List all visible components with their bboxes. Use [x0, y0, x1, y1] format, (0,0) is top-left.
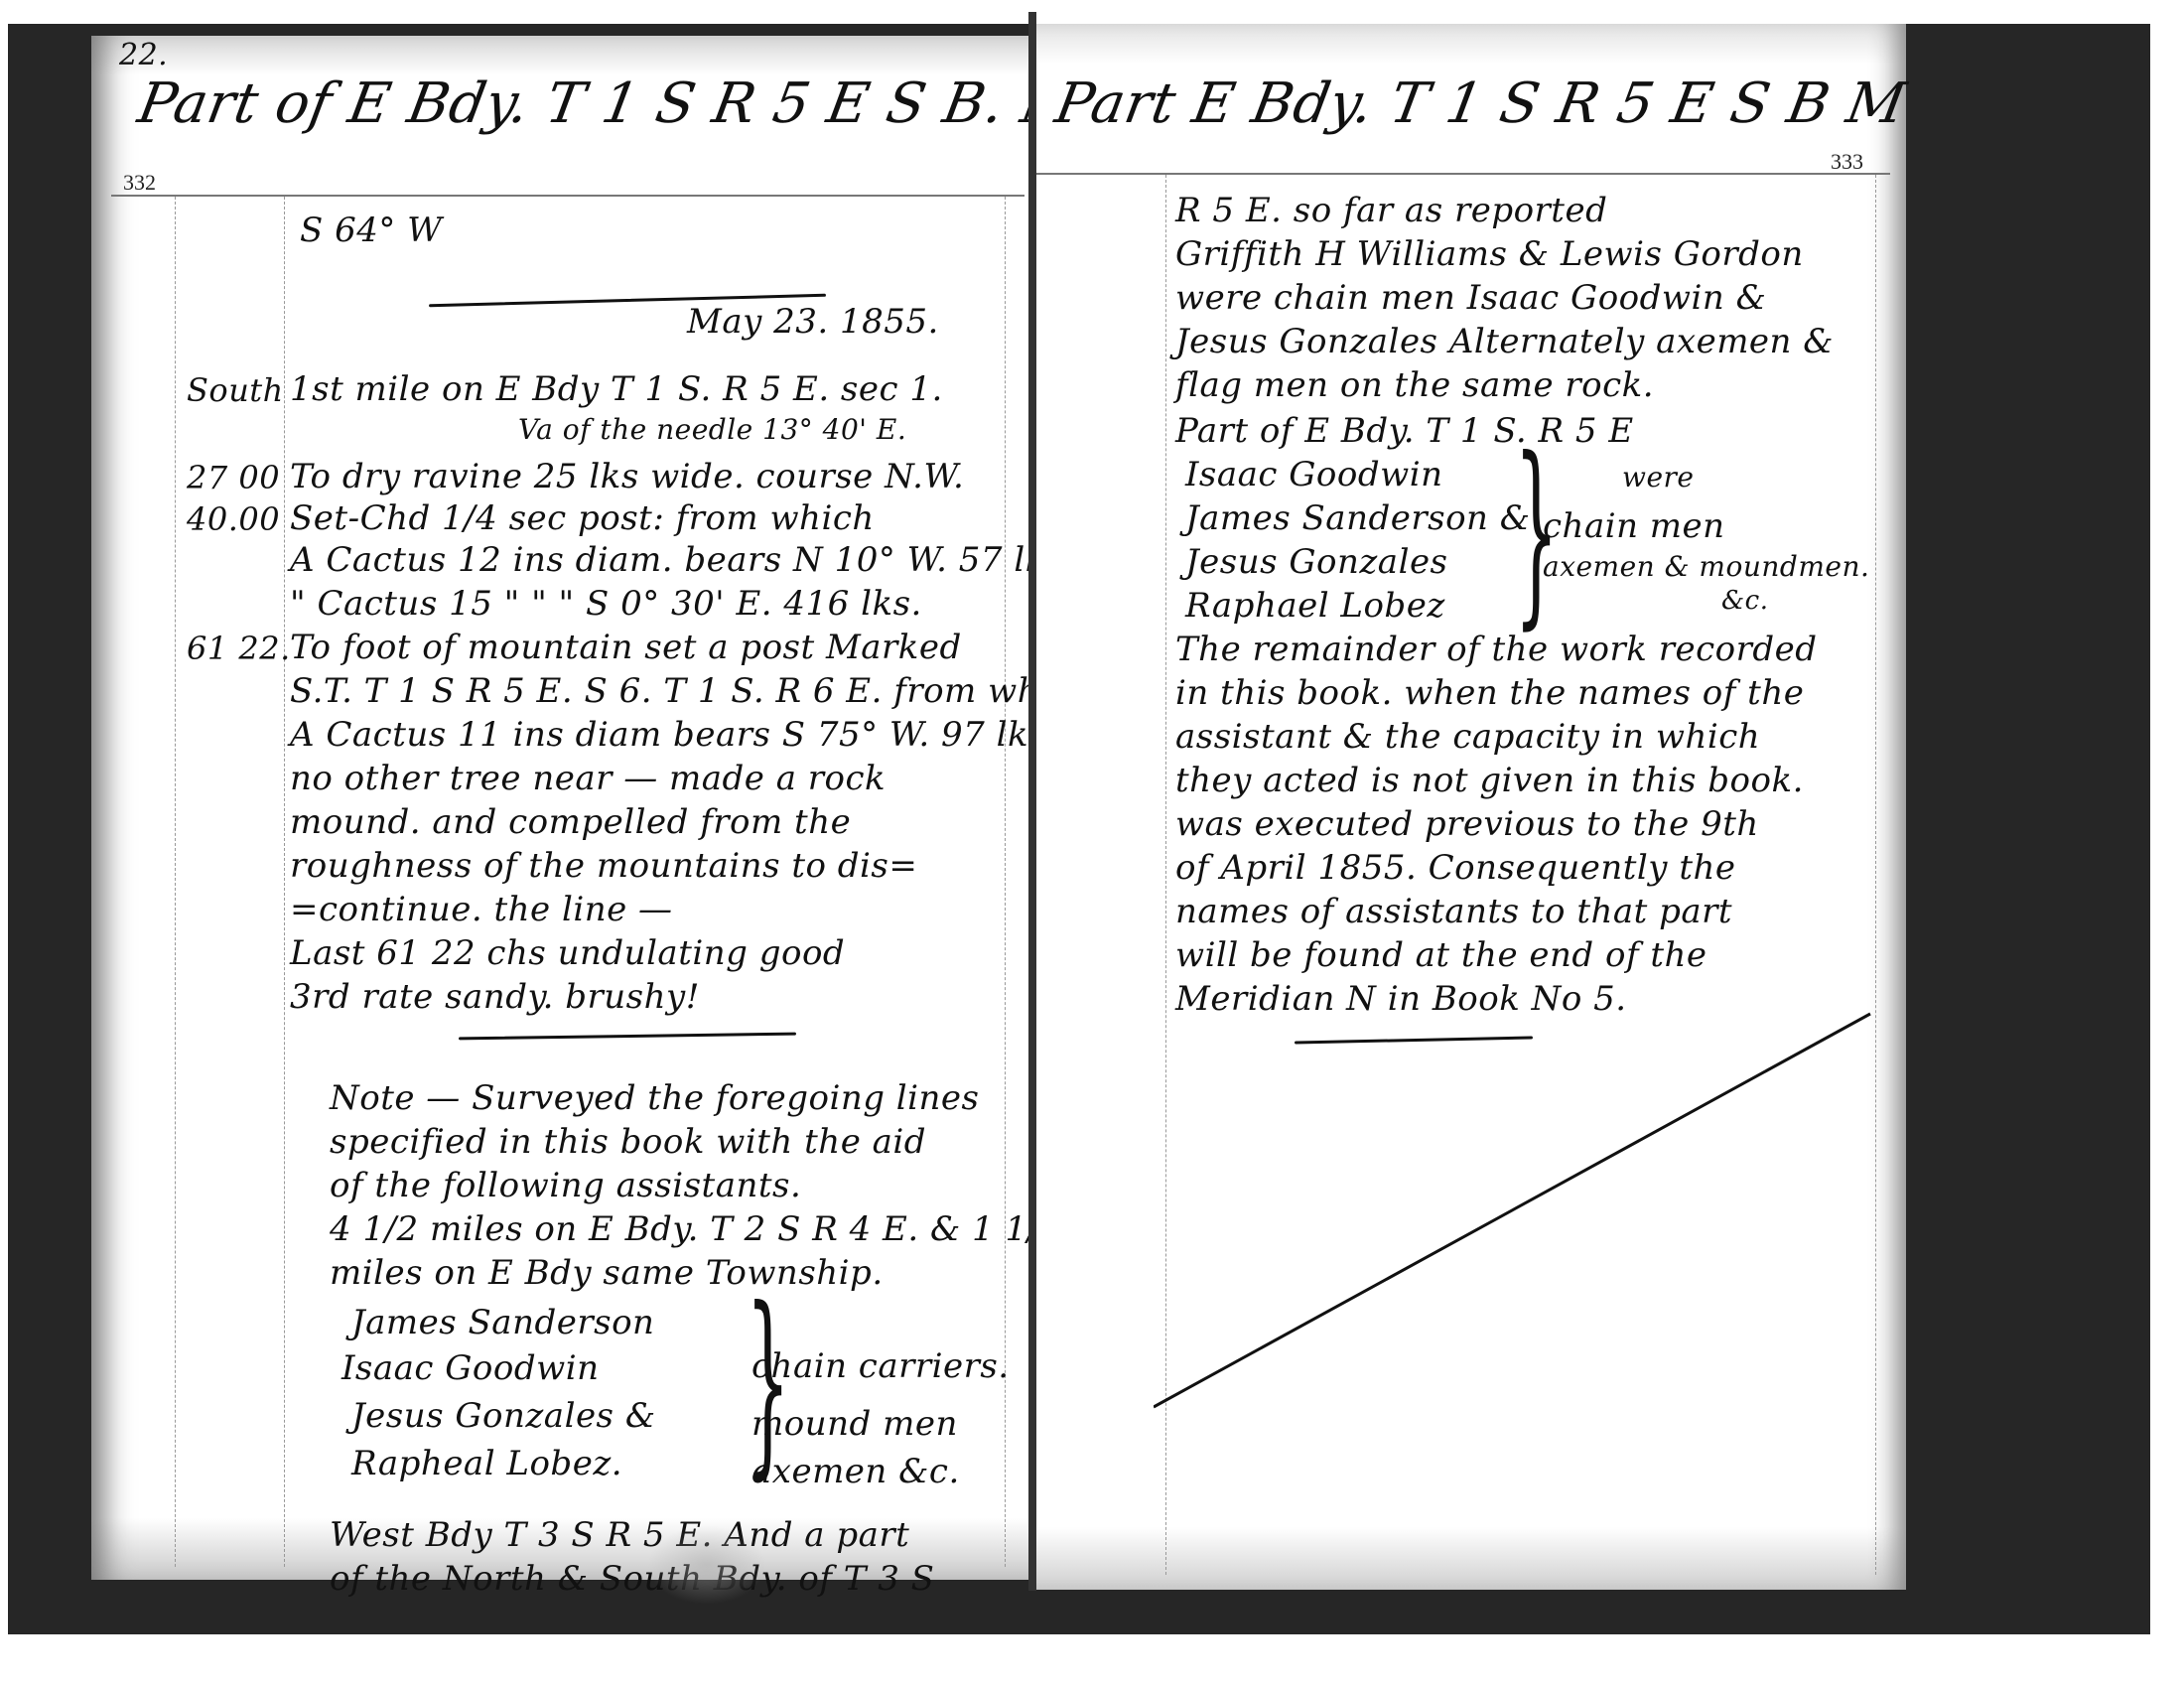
entry-margin: 61 22.	[187, 630, 291, 667]
book-spine	[1028, 12, 1036, 1591]
text-line: of April 1855. Consequently the	[1175, 848, 1736, 888]
entry-text: mound. and compelled from the	[290, 802, 851, 842]
assistant-name: Isaac Goodwin	[341, 1348, 600, 1388]
footer-line: West Bdy T 3 S R 5 E. And a part	[330, 1515, 909, 1555]
entry-text: =continue. the line —	[290, 890, 673, 929]
entry-margin: 40.00	[187, 500, 280, 538]
text-line: R 5 E. so far as reported	[1175, 191, 1607, 230]
section-heading: Part of E Bdy. T 1 S. R 5 E	[1175, 411, 1634, 451]
entry-text: S.T. T 1 S R 5 E. S 6. T 1 S. R 6 E. fro…	[290, 671, 1092, 711]
text-line: The remainder of the work recorded	[1175, 630, 1817, 669]
entry-text: Set-Chd 1/4 sec post: from which	[290, 498, 875, 538]
entry-text: Last 61 22 chs undulating good	[290, 933, 845, 973]
left-page-header: Part of E Bdy. T 1 S R 5 E S B. M.	[133, 71, 1103, 136]
assistant-name: Rapheal Lobez.	[351, 1444, 622, 1483]
footer-line: of the North & South Bdy. of T 3 S	[330, 1559, 934, 1599]
text-line: in this book. when the names of the	[1175, 673, 1804, 713]
assistant-role: chain men	[1543, 506, 1725, 546]
entry-text: A Cactus 12 ins diam. bears N 10° W. 57 …	[290, 540, 1064, 580]
assistant-name: Jesus Gonzales	[1185, 542, 1448, 582]
text-line: were chain men Isaac Goodwin &	[1175, 278, 1766, 318]
header-rule	[1036, 173, 1890, 175]
entry-text: roughness of the mountains to dis=	[290, 846, 917, 886]
header-rule	[111, 195, 1024, 197]
entry-text: no other tree near — made a rock	[290, 759, 886, 798]
page-cancel-diagonal-line	[1154, 1008, 1928, 1415]
entry-text: " Cactus 15 " " " S 0° 30' E. 416 lks.	[290, 584, 922, 624]
entry-date: May 23. 1855.	[687, 302, 939, 342]
text-line: assistant & the capacity in which	[1175, 717, 1760, 757]
note-line: Note — Surveyed the foregoing lines	[330, 1078, 980, 1118]
entry-text: 3rd rate sandy. brushy!	[290, 977, 700, 1017]
entry-text: A Cactus 11 ins diam bears S 75° W. 97 l…	[290, 715, 1046, 755]
entry-text: To foot of mountain set a post Marked	[290, 628, 962, 667]
text-line: was executed previous to the 9th	[1175, 804, 1759, 844]
note-line: specified in this book with the aid	[330, 1122, 926, 1162]
assistant-name: James Sanderson	[351, 1303, 654, 1342]
text-line: they acted is not given in this book.	[1175, 761, 1804, 800]
assistant-name: Raphael Lobez	[1185, 586, 1445, 626]
left-page-number: 332	[123, 170, 156, 196]
assistant-role: were	[1622, 461, 1695, 493]
entry-text: Va of the needle 13° 40' E.	[518, 413, 906, 446]
text-line: flag men on the same rock.	[1175, 365, 1654, 405]
separator-line	[459, 1033, 796, 1041]
margin-rule-outer	[175, 197, 176, 1567]
text-line: Jesus Gonzales Alternately axemen &	[1175, 322, 1834, 361]
margin-rule-inner	[284, 197, 285, 1567]
assistant-name: James Sanderson &	[1185, 498, 1531, 538]
assistant-role: axemen & moundmen.	[1543, 550, 1869, 583]
text-line: Griffith H Williams & Lewis Gordon	[1175, 234, 1804, 274]
bearing: S 64° W	[300, 211, 443, 250]
corner-mark: 22.	[119, 38, 168, 72]
assistant-role: axemen &c.	[751, 1452, 960, 1491]
left-page: 22. Part of E Bdy. T 1 S R 5 E S B. M. 3…	[91, 36, 1032, 1580]
entry-text: To dry ravine 25 lks wide. course N.W.	[290, 457, 964, 496]
text-line: names of assistants to that part	[1175, 892, 1732, 931]
assistant-role: mound men	[751, 1404, 958, 1444]
assistant-role: chain carriers.	[751, 1346, 1010, 1386]
assistant-name: Jesus Gonzales &	[351, 1396, 656, 1436]
right-page-number: 333	[1831, 149, 1863, 175]
entry-margin: 27 00	[187, 459, 280, 496]
right-page-header: Part E Bdy. T 1 S R 5 E S B M	[1050, 71, 1910, 136]
entry-text: 1st mile on E Bdy T 1 S. R 5 E. sec 1.	[290, 369, 943, 409]
note-line: 4 1/2 miles on E Bdy. T 2 S R 4 E. & 1 1…	[330, 1209, 1061, 1249]
note-line: miles on E Bdy same Township.	[330, 1253, 884, 1293]
assistant-name: Isaac Goodwin	[1185, 455, 1443, 494]
note-line: of the following assistants.	[330, 1166, 801, 1205]
assistant-role: &c.	[1721, 586, 1768, 616]
entry-margin: South	[187, 371, 284, 409]
text-line: will be found at the end of the	[1175, 935, 1707, 975]
paper-stain	[647, 1525, 766, 1605]
